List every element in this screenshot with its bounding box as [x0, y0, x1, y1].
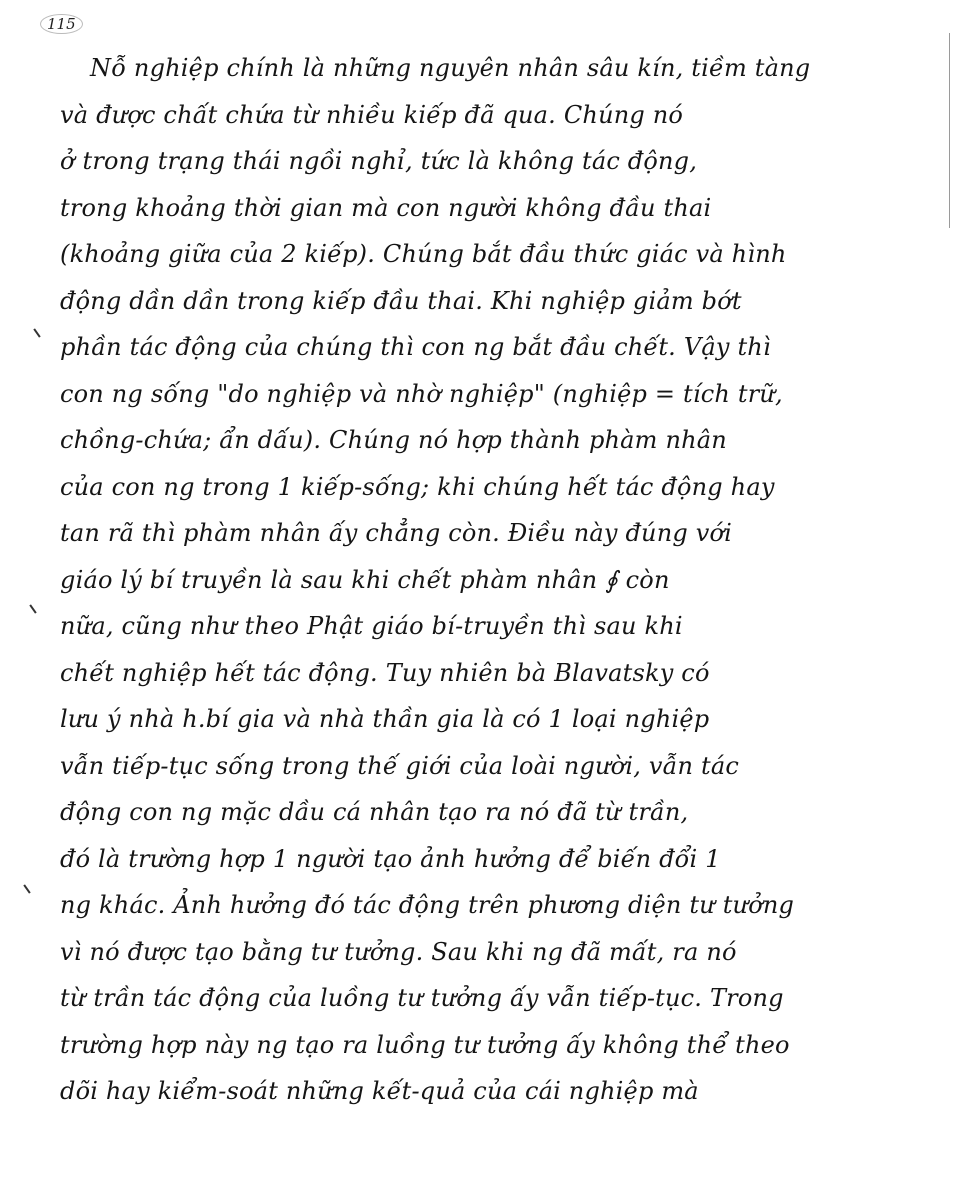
text-line: của con ng trong 1 kiếp-sống; khi chúng … — [60, 464, 920, 511]
text-line: Nỗ nghiệp chính là những nguyên nhân sâu… — [60, 45, 920, 92]
text-line: trong khoảng thời gian mà con người khôn… — [60, 185, 920, 232]
text-line: lưu ý nhà h.bí gia và nhà thần gia là có… — [60, 696, 920, 743]
text-line: (khoảng giữa của 2 kiếp). Chúng bắt đầu … — [60, 231, 920, 278]
text-line: và được chất chứa từ nhiều kiếp đã qua. … — [60, 92, 920, 139]
text-line: dõi hay kiểm-soát những kết-quả của cái … — [60, 1068, 920, 1115]
text-line: đó là trường hợp 1 người tạo ảnh hưởng đ… — [60, 836, 920, 883]
text-line: chết nghiệp hết tác động. Tuy nhiên bà B… — [60, 650, 920, 697]
margin-mark — [33, 328, 40, 337]
text-line: động con ng mặc dầu cá nhân tạo ra nó đã… — [60, 789, 920, 836]
text-line: vẫn tiếp-tục sống trong thế giới của loà… — [60, 743, 920, 790]
text-line: ở trong trạng thái ngồi nghỉ, tức là khô… — [60, 138, 920, 185]
text-line: chồng-chứa; ẩn dấu). Chúng nó hợp thành … — [60, 417, 920, 464]
margin-rule — [949, 33, 950, 228]
text-line: tan rã thì phàm nhân ấy chẳng còn. Điều … — [60, 510, 920, 557]
text-line: nữa, cũng như theo Phật giáo bí-truyền t… — [60, 603, 920, 650]
text-line: từ trần tác động của luồng tư tưởng ấy v… — [60, 975, 920, 1022]
text-line: vì nó được tạo bằng tư tưởng. Sau khi ng… — [60, 929, 920, 976]
margin-mark — [29, 604, 36, 613]
text-line: ng khác. Ảnh hưởng đó tác động trên phươ… — [60, 882, 920, 929]
margin-mark — [23, 884, 30, 893]
text-line: giáo lý bí truyền là sau khi chết phàm n… — [60, 557, 920, 604]
text-line: phần tác động của chúng thì con ng bắt đ… — [60, 324, 920, 371]
text-line: trường hợp này ng tạo ra luồng tư tưởng … — [60, 1022, 920, 1069]
handwritten-text: Nỗ nghiệp chính là những nguyên nhân sâu… — [60, 45, 920, 1115]
text-line: con ng sống "do nghiệp và nhờ nghiệp" (n… — [60, 371, 920, 418]
page-number: 115 — [40, 14, 83, 34]
text-line: động dần dần trong kiếp đầu thai. Khi ng… — [60, 278, 920, 325]
